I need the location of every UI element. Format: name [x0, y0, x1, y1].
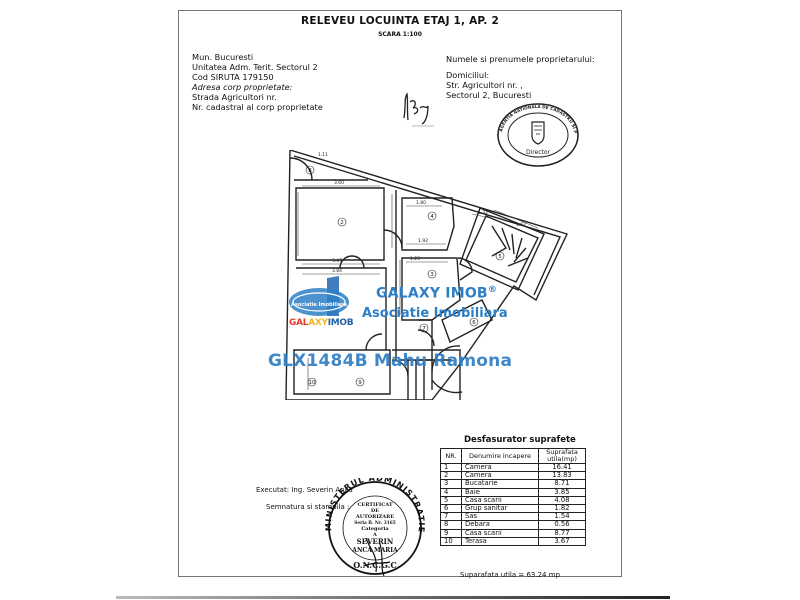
- galaxy-brand-mark: GALAXYIMOB: [289, 318, 353, 328]
- svg-text:3: 3: [430, 272, 434, 278]
- svg-text:1.62: 1.62: [516, 222, 526, 228]
- svg-text:1.11: 1.11: [318, 152, 328, 158]
- cell-area: 8.71: [539, 480, 586, 488]
- svg-text:3.84: 3.84: [332, 268, 342, 274]
- svg-text:9: 9: [358, 380, 362, 386]
- watermark-listing-code: GLX1484B Mahu Ramona: [268, 351, 512, 371]
- cell-name: Terasa: [462, 537, 539, 545]
- svg-text:SEVERIN: SEVERIN: [357, 537, 394, 546]
- svg-text:1.32: 1.32: [478, 210, 488, 216]
- svg-text:O.N.C.G.C: O.N.C.G.C: [353, 560, 397, 570]
- svg-text:3.60: 3.60: [334, 180, 344, 186]
- svg-text:1.92: 1.92: [418, 238, 428, 244]
- siruta-code: Cod SIRUTA 179150: [192, 72, 323, 82]
- area-table-title: Desfasurator suprafete: [464, 435, 576, 445]
- table-row: 8Debara0.56: [441, 521, 586, 529]
- svg-text:8: 8: [308, 168, 312, 174]
- svg-text:5: 5: [498, 254, 502, 260]
- cell-nr: 8: [441, 521, 462, 529]
- svg-text:AUTORIZARE: AUTORIZARE: [355, 514, 394, 520]
- svg-text:ANCA MARIA: ANCA MARIA: [351, 547, 398, 554]
- admin-unit: Unitatea Adm. Terit. Sectorul 2: [192, 62, 323, 72]
- owner-district: Sectorul 2, Bucuresti: [446, 90, 595, 100]
- document-title: RELEVEU LOCUINTA ETAJ 1, AP. 2: [0, 15, 800, 27]
- owner-label: Numele si prenumele proprietarului:: [446, 54, 595, 64]
- svg-text:1.23: 1.23: [410, 256, 420, 262]
- scan-edge-line: [116, 596, 670, 599]
- municipality: Mun. Bucuresti: [192, 52, 323, 62]
- cell-nr: 10: [441, 537, 462, 545]
- cell-area: 3.67: [539, 537, 586, 545]
- svg-text:1.80: 1.80: [416, 200, 426, 206]
- cell-nr: 3: [441, 480, 462, 488]
- table-row: 10Terasa3.67: [441, 537, 586, 545]
- table-row: 3Bucatarie8.71: [441, 480, 586, 488]
- svg-text:2: 2: [340, 220, 344, 226]
- watermark-subtitle: Asociatie Imobiliara: [362, 306, 508, 321]
- svg-text:AGENTIA NATIONALA DE CADASTRU: AGENTIA NATIONALA DE CADASTRU SI PUBLICI…: [496, 102, 578, 134]
- svg-text:3.47: 3.47: [332, 258, 342, 264]
- header-area: Suprafata utila(mp): [539, 449, 586, 464]
- signature-top: [398, 88, 438, 128]
- area-table: NR. Denumire incapere Suprafata utila(mp…: [440, 448, 586, 546]
- watermark-agency-name: GALAXY IMOB®: [376, 285, 497, 302]
- header-room-name: Denumire incapere: [462, 449, 539, 464]
- cell-name: Bucatarie: [462, 480, 539, 488]
- property-info: Mun. Bucuresti Unitatea Adm. Terit. Sect…: [192, 52, 323, 112]
- svg-text:7: 7: [422, 326, 426, 332]
- cell-name: Debara: [462, 521, 539, 529]
- svg-text:Asociatie Imobiliara: Asociatie Imobiliara: [291, 302, 347, 308]
- coat-of-arms-icon: [532, 122, 544, 144]
- svg-text:4: 4: [430, 214, 434, 220]
- domicile-label: Domiciliul:: [446, 70, 595, 80]
- cadastral-number: Nr. cadastral al corp proprietate: [192, 102, 323, 112]
- total-area: Suparafata utila = 63.24 mp: [460, 571, 560, 579]
- owner-street: Str. Agricultori nr. ,: [446, 80, 595, 90]
- document-scale: SCARA 1:100: [0, 31, 800, 38]
- authorization-stamp: MINISTERUL ADMINISTRATIEI PUBLICE CERTIF…: [320, 478, 430, 578]
- address-label: Adresa corp proprietate:: [192, 82, 323, 92]
- owner-info: Numele si prenumele proprietarului: Domi…: [446, 54, 595, 100]
- street: Strada Agricultori nr.: [192, 92, 323, 102]
- cell-area: 0.56: [539, 521, 586, 529]
- header-nr: NR.: [441, 449, 462, 464]
- svg-text:10: 10: [309, 380, 316, 386]
